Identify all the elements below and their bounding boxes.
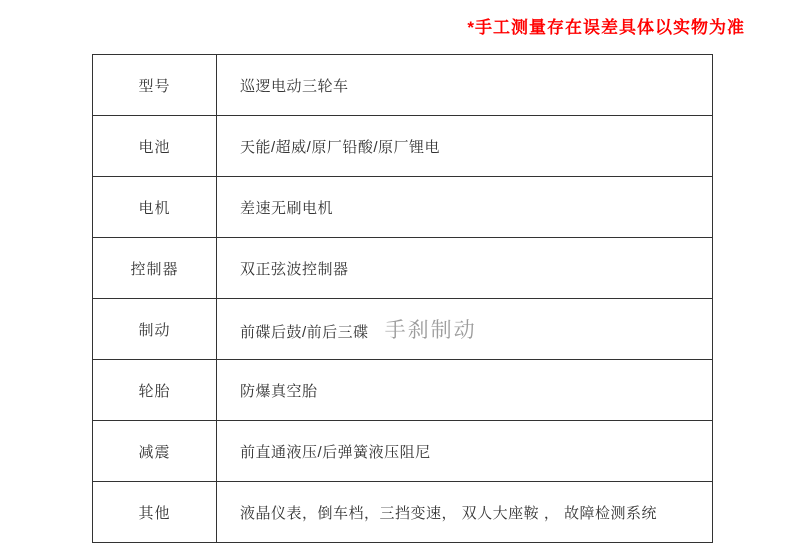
spec-value-text: 液晶仪表，倒车档，三挡变速， 双人大座鞍 ， 故障检测系统 — [240, 505, 657, 522]
spec-value-text: 双正弦波控制器 — [240, 261, 349, 278]
spec-label: 其他 — [93, 482, 217, 543]
spec-value: 前碟后鼓/前后三碟手刹制动 — [217, 299, 713, 360]
spec-label: 制动 — [93, 299, 217, 360]
spec-table-body: 型号 巡逻电动三轮车 电池 天能/超威/原厂铅酸/原厂锂电 电机 差速无刷电机 … — [93, 55, 713, 543]
table-row-motor: 电机 差速无刷电机 — [93, 177, 713, 238]
product-spec-page: *手工测量存在误差具体以实物为准 型号 巡逻电动三轮车 电池 天能/超威/原厂铅… — [0, 0, 790, 550]
table-row-suspension: 减震 前直通液压/后弹簧液压阻尼 — [93, 421, 713, 482]
spec-value-text: 天能/超威/原厂铅酸/原厂锂电 — [240, 139, 440, 156]
spec-table: 型号 巡逻电动三轮车 电池 天能/超威/原厂铅酸/原厂锂电 电机 差速无刷电机 … — [92, 54, 713, 543]
spec-value-text: 差速无刷电机 — [240, 200, 333, 217]
spec-label: 控制器 — [93, 238, 217, 299]
spec-value-extra-text: 手刹制动 — [385, 319, 477, 342]
spec-value: 巡逻电动三轮车 — [217, 55, 713, 116]
spec-label: 轮胎 — [93, 360, 217, 421]
spec-value-text: 防爆真空胎 — [240, 383, 318, 400]
spec-label: 电池 — [93, 116, 217, 177]
table-row-battery: 电池 天能/超威/原厂铅酸/原厂锂电 — [93, 116, 713, 177]
measurement-disclaimer-note: *手工测量存在误差具体以实物为准 — [467, 13, 745, 38]
spec-value-text: 巡逻电动三轮车 — [240, 78, 349, 95]
spec-value: 防爆真空胎 — [217, 360, 713, 421]
spec-value: 天能/超威/原厂铅酸/原厂锂电 — [217, 116, 713, 177]
spec-label: 电机 — [93, 177, 217, 238]
spec-value-text: 前直通液压/后弹簧液压阻尼 — [240, 444, 431, 461]
spec-label: 型号 — [93, 55, 217, 116]
table-row-brake: 制动 前碟后鼓/前后三碟手刹制动 — [93, 299, 713, 360]
spec-value: 双正弦波控制器 — [217, 238, 713, 299]
spec-value: 液晶仪表，倒车档，三挡变速， 双人大座鞍 ， 故障检测系统 — [217, 482, 713, 543]
table-row-tires: 轮胎 防爆真空胎 — [93, 360, 713, 421]
table-row-model: 型号 巡逻电动三轮车 — [93, 55, 713, 116]
spec-value-text: 前碟后鼓/前后三碟 — [240, 324, 369, 341]
table-row-other: 其他 液晶仪表，倒车档，三挡变速， 双人大座鞍 ， 故障检测系统 — [93, 482, 713, 543]
table-row-controller: 控制器 双正弦波控制器 — [93, 238, 713, 299]
spec-label: 减震 — [93, 421, 217, 482]
spec-value: 前直通液压/后弹簧液压阻尼 — [217, 421, 713, 482]
spec-value: 差速无刷电机 — [217, 177, 713, 238]
